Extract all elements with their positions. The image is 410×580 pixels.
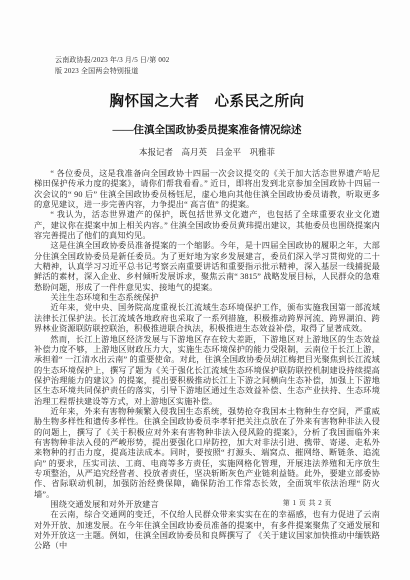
paragraph: “ 各位委员，这是我准备向全国政协十四届一次会议提交的《关于加大活态世界遗产哈尼… — [34, 169, 380, 210]
document-header: 云南政协报/2023 年/3 月/5 日/第 002 版 2023 全国两会特别… — [55, 55, 380, 76]
paragraph: 近年来，党中央、国务院高度重视长江流域生态环境保护工作，颁布实施我国第一部流域法… — [34, 303, 380, 334]
paragraph: 这是住滇全国政协委员准备提案的一个缩影。今年，是十四届全国政协的履职之年，大部分… — [34, 241, 380, 293]
paragraph: 然而，长江上游地区经济发展与下游地区存在较大差距，下游地区对上游地区的生态效益补… — [34, 335, 380, 407]
paragraph: 在云南，综合交通网的变迁，不仅给人民群众带来实实在在的幸福感，也有力促进了云南对… — [34, 510, 380, 551]
article-title: 胸怀国之大者 心系民之所向 — [34, 90, 380, 111]
article-body: “ 各位委员，这是我准备向全国政协十四届一次会议提交的《关于加大活态世界遗产哈尼… — [34, 169, 380, 552]
section-heading-ecology: 关注生态环境和生态系统保护 — [34, 293, 380, 303]
article-byline: 本报记者 高月英 吕金平 巩雅菲 — [34, 146, 380, 158]
document-page: 云南政协报/2023 年/3 月/5 日/第 002 版 2023 全国两会特别… — [0, 0, 410, 580]
paragraph: “ 我认为，活态世界遗产的保护，既包括世界文化遗产，也包括了全球重要农业文化遗产… — [34, 210, 380, 241]
header-source-line: 云南政协报/2023 年/3 月/5 日/第 002 — [55, 55, 380, 66]
header-edition-line: 版 2023 全国两会特别报道 — [55, 66, 380, 77]
paragraph: 近年来，外来有害物种频繁入侵我国生态系统，强势抢夺我国本土物种生存空间，严重威胁… — [34, 407, 380, 500]
page-number: 第 1 页 共 2 页 — [283, 498, 332, 508]
article-subtitle: ——住滇全国政协委员提案准备情况综述 — [34, 122, 380, 137]
